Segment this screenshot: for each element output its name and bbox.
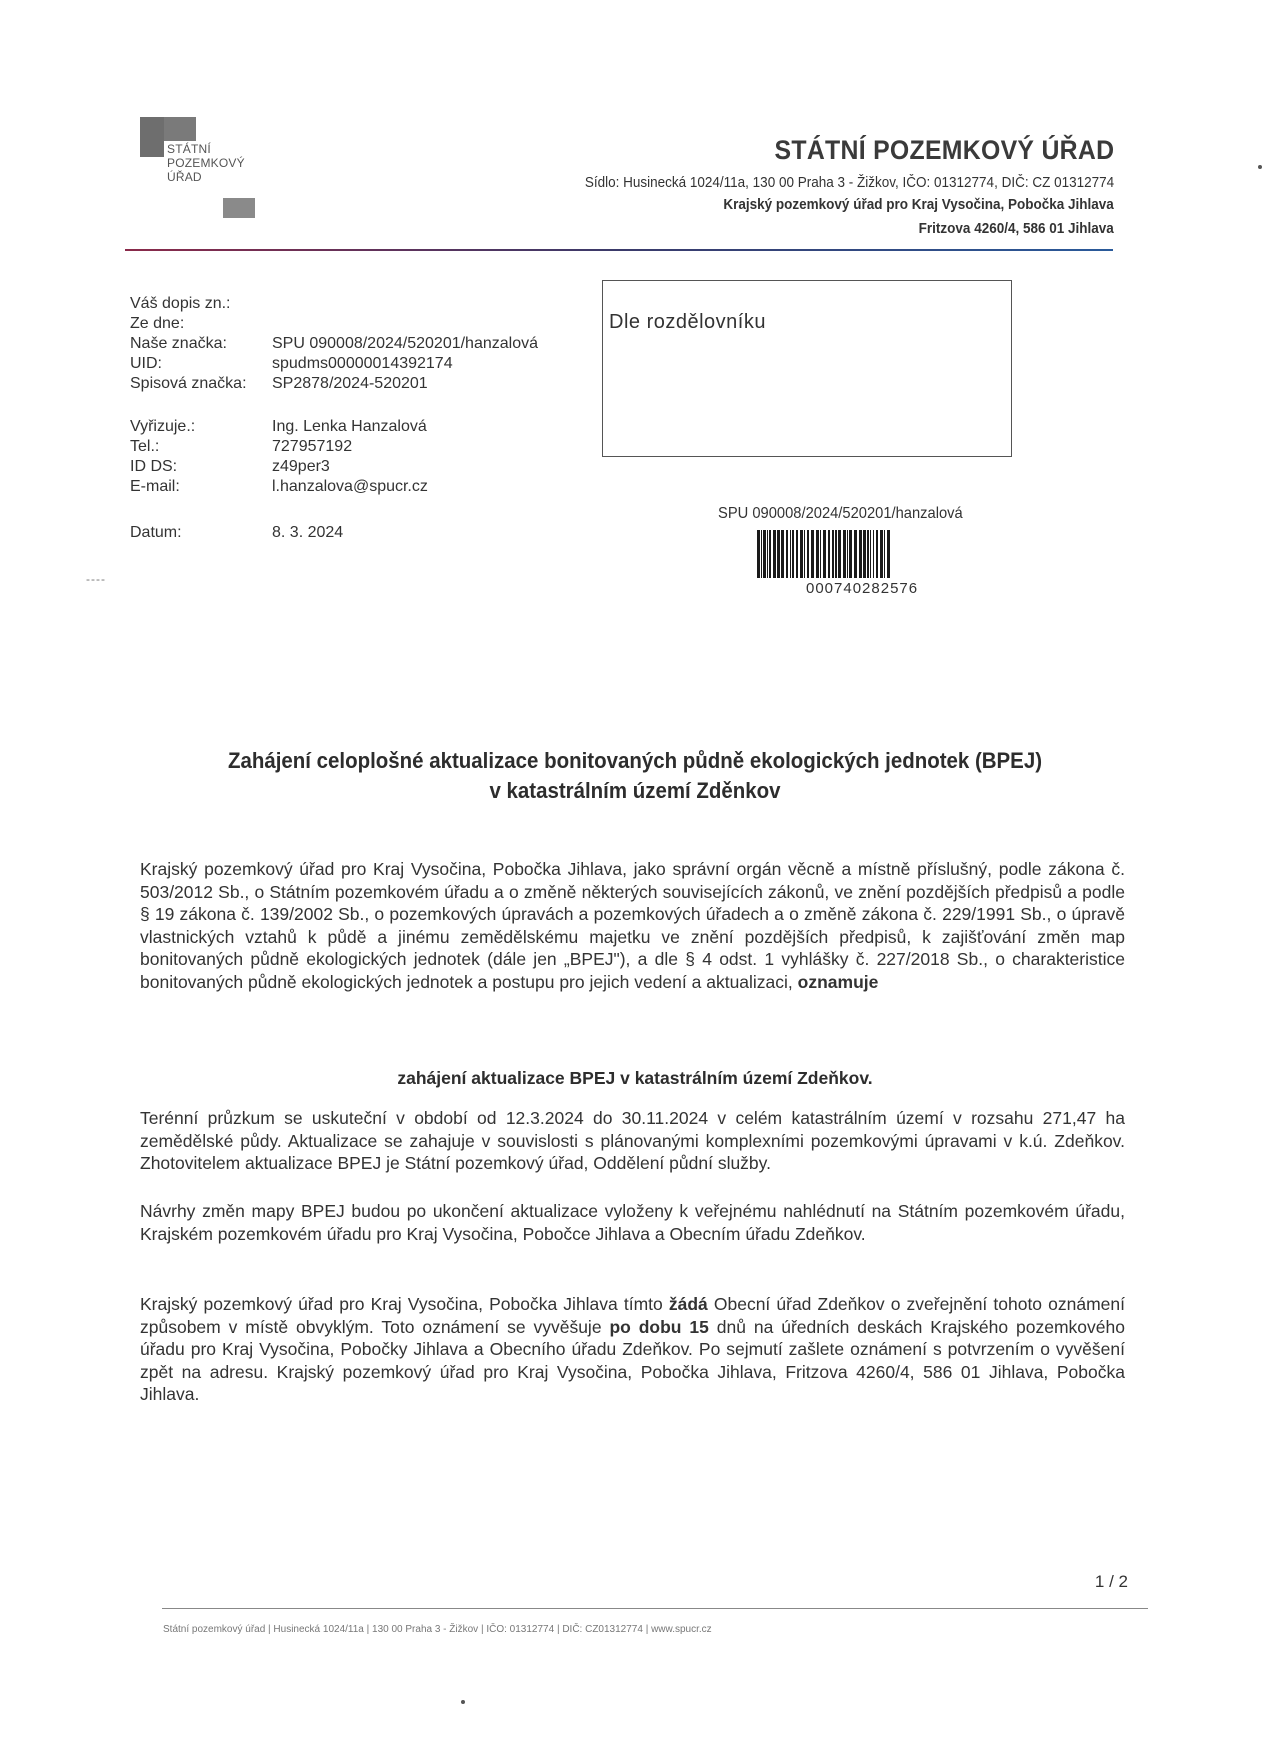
- footer-divider: [162, 1608, 1148, 1609]
- branch-address: Fritzova 4260/4, 586 01 Jihlava: [919, 220, 1114, 237]
- header-divider: [125, 249, 1113, 251]
- seat-address: Sídlo: Husinecká 1024/11a, 130 00 Praha …: [585, 174, 1114, 191]
- scan-speck: [1258, 165, 1262, 169]
- page-number: 1 / 2: [1095, 1572, 1128, 1592]
- intro-text: Krajský pozemkový úřad pro Kraj Vysočina…: [140, 859, 1125, 992]
- logo-line: POZEMKOVÝ: [167, 156, 245, 170]
- meta-row: Spisová značka:SP2878/2024-520201: [130, 374, 538, 394]
- logo-line: ÚŘAD: [167, 170, 245, 184]
- reference-block: Váš dopis zn.: Ze dne: Naše značka:SPU 0…: [130, 294, 538, 394]
- organization-title: STÁTNÍ POZEMKOVÝ ÚŘAD: [774, 135, 1114, 166]
- title-line: v katastrálním území Zděnkov: [137, 776, 1132, 806]
- request-bold: po dobu 15: [609, 1317, 708, 1337]
- meta-value: 727957192: [272, 437, 352, 457]
- meta-value: SPU 090008/2024/520201/hanzalová: [272, 334, 538, 354]
- request-bold: žádá: [669, 1294, 708, 1314]
- document-title: Zahájení celoplošné aktualizace bonitova…: [137, 746, 1132, 806]
- meta-label: Naše značka:: [130, 334, 272, 354]
- logo-block-top-left: [140, 117, 164, 157]
- branch-name: Krajský pozemkový úřad pro Kraj Vysočina…: [724, 196, 1114, 213]
- scan-speck: [461, 1700, 465, 1704]
- footer-text: Státní pozemkový úřad | Husinecká 1024/1…: [163, 1624, 712, 1635]
- meta-value: z49per3: [272, 457, 330, 477]
- recipient-box: Dle rozdělovníku: [602, 280, 1012, 457]
- margin-mark: ----: [86, 572, 106, 586]
- logo-block-bottom: [223, 198, 255, 218]
- intro-paragraph: Krajský pozemkový úřad pro Kraj Vysočina…: [140, 858, 1125, 993]
- meta-row: Datum:8. 3. 2024: [130, 523, 343, 543]
- logo-text: STÁTNÍ POZEMKOVÝ ÚŘAD: [167, 142, 245, 184]
- meta-label: E-mail:: [130, 477, 272, 497]
- meta-row: UID:spudms00000014392174: [130, 354, 538, 374]
- intro-bold: oznamuje: [798, 972, 879, 992]
- barcode-number: 000740282576: [806, 580, 918, 597]
- meta-value: 8. 3. 2024: [272, 523, 343, 543]
- meta-label: ID DS:: [130, 457, 272, 477]
- request-paragraph: Krajský pozemkový úřad pro Kraj Vysočina…: [140, 1293, 1125, 1406]
- meta-value: Ing. Lenka Hanzalová: [272, 417, 427, 437]
- meta-value: spudms00000014392174: [272, 354, 453, 374]
- meta-row: Vyřizuje.:Ing. Lenka Hanzalová: [130, 417, 428, 437]
- request-text: Krajský pozemkový úřad pro Kraj Vysočina…: [140, 1294, 669, 1314]
- meta-label: UID:: [130, 354, 272, 374]
- meta-row: ID DS:z49per3: [130, 457, 428, 477]
- date-block: Datum:8. 3. 2024: [130, 523, 343, 543]
- meta-label: Ze dne:: [130, 314, 272, 334]
- meta-label: Vyřizuje.:: [130, 417, 272, 437]
- proposals-paragraph: Návrhy změn mapy BPEJ budou po ukončení …: [140, 1200, 1125, 1245]
- meta-row: Naše značka:SPU 090008/2024/520201/hanza…: [130, 334, 538, 354]
- meta-row: Váš dopis zn.:: [130, 294, 538, 314]
- announcement: zahájení aktualizace BPEJ v katastrálním…: [100, 1068, 1170, 1089]
- logo-line: STÁTNÍ: [167, 142, 245, 156]
- barcode-reference: SPU 090008/2024/520201/hanzalová: [718, 505, 963, 523]
- meta-label: Datum:: [130, 523, 272, 543]
- recipient-text: Dle rozdělovníku: [609, 311, 766, 334]
- email-value[interactable]: l.hanzalova@spucr.cz: [272, 477, 428, 497]
- meta-row: Ze dne:: [130, 314, 538, 334]
- meta-row: E-mail:l.hanzalova@spucr.cz: [130, 477, 428, 497]
- meta-label: Spisová značka:: [130, 374, 272, 394]
- meta-value: SP2878/2024-520201: [272, 374, 428, 394]
- survey-paragraph: Terénní průzkum se uskuteční v období od…: [140, 1107, 1125, 1175]
- meta-row: Tel.:727957192: [130, 437, 428, 457]
- meta-label: Váš dopis zn.:: [130, 294, 272, 314]
- title-line: Zahájení celoplošné aktualizace bonitova…: [137, 746, 1132, 776]
- barcode-icon: [757, 530, 977, 578]
- contact-block: Vyřizuje.:Ing. Lenka Hanzalová Tel.:7279…: [130, 417, 428, 497]
- meta-label: Tel.:: [130, 437, 272, 457]
